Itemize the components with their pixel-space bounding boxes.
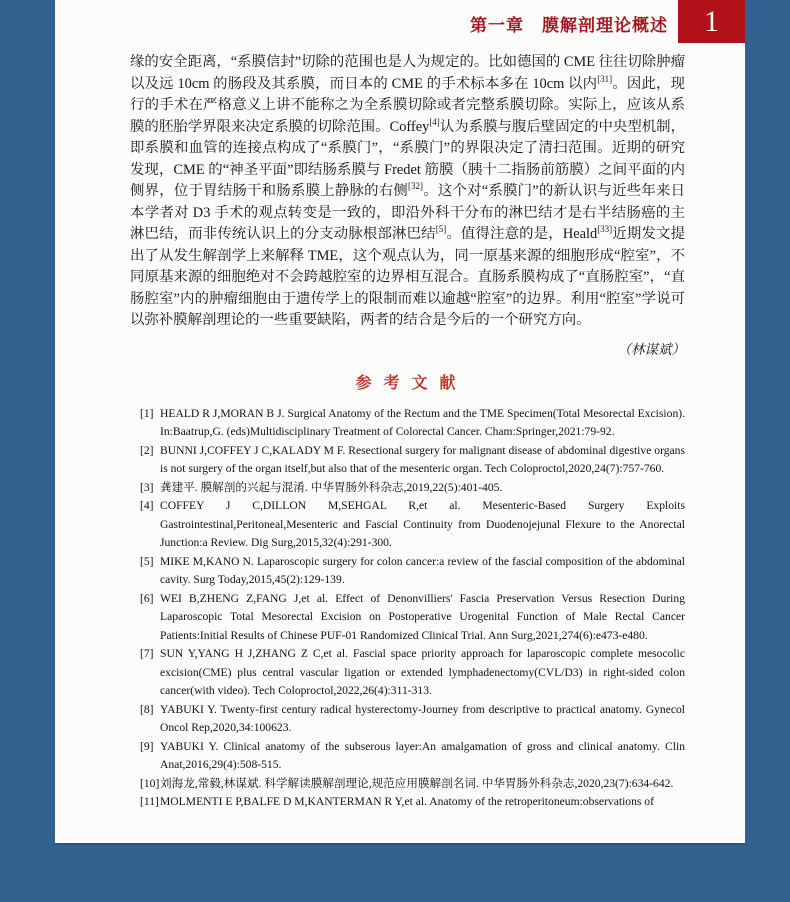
reference-text: BUNNI J,COFFEY J C,KALADY M F. Resection…	[160, 442, 685, 479]
reference-number: [7]	[140, 645, 160, 664]
page-content: 缘的安全距离，“系膜信封”切除的范围也是人为规定的。比如德国的 CME 往往切除…	[130, 52, 685, 812]
reference-item: [7]SUN Y,YANG H J,ZHANG Z C,et al. Fasci…	[140, 645, 685, 701]
reference-item: [10]刘海龙,常毅,林谋斌. 科学解读膜解剖理论,规范应用膜解剖名词. 中华胃…	[140, 775, 685, 794]
book-background: 第一章 膜解剖理论概述 1 缘的安全距离，“系膜信封”切除的范围也是人为规定的。…	[0, 0, 790, 902]
reference-number: [1]	[140, 405, 160, 424]
reference-text: YABUKI Y. Twenty-first century radical h…	[160, 701, 685, 738]
reference-number: [10]	[140, 775, 160, 794]
citation-superscript: [31]	[597, 74, 612, 84]
references-list: [1]HEALD R J,MORAN B J. Surgical Anatomy…	[140, 405, 685, 812]
citation-superscript: [4]	[429, 117, 440, 127]
reference-number: [11]	[140, 793, 160, 812]
citation-superscript: [5]	[436, 224, 447, 234]
reference-text: HEALD R J,MORAN B J. Surgical Anatomy of…	[160, 405, 685, 442]
citation-superscript: [33]	[597, 224, 612, 234]
reference-number: [9]	[140, 738, 160, 757]
reference-text: SUN Y,YANG H J,ZHANG Z C,et al. Fascial …	[160, 645, 685, 701]
reference-text: MIKE M,KANO N. Laparoscopic surgery for …	[160, 553, 685, 590]
reference-number: [4]	[140, 497, 160, 516]
reference-item: [3]龚建平. 膜解剖的兴起与混淆. 中华胃肠外科杂志,2019,22(5):4…	[140, 479, 685, 498]
reference-text: MOLMENTI E P,BALFE D M,KANTERMAN R Y,et …	[160, 793, 685, 812]
reference-number: [8]	[140, 701, 160, 720]
reference-number: [6]	[140, 590, 160, 609]
reference-number: [5]	[140, 553, 160, 572]
reference-text: YABUKI Y. Clinical anatomy of the subser…	[160, 738, 685, 775]
body-paragraph: 缘的安全距离，“系膜信封”切除的范围也是人为规定的。比如德国的 CME 往往切除…	[130, 52, 685, 332]
reference-number: [2]	[140, 442, 160, 461]
reference-number: [3]	[140, 479, 160, 498]
page-number: 1	[704, 7, 719, 37]
author-attribution: （林谋斌）	[130, 338, 685, 358]
reference-text: WEI B,ZHENG Z,FANG J,et al. Effect of De…	[160, 590, 685, 646]
book-page: 第一章 膜解剖理论概述 1 缘的安全距离，“系膜信封”切除的范围也是人为规定的。…	[55, 0, 745, 843]
citation-superscript: [32]	[408, 181, 423, 191]
reference-item: [4]COFFEY J C,DILLON M,SEHGAL R,et al. M…	[140, 497, 685, 553]
reference-item: [9]YABUKI Y. Clinical anatomy of the sub…	[140, 738, 685, 775]
reference-item: [8]YABUKI Y. Twenty-first century radica…	[140, 701, 685, 738]
reference-text: 龚建平. 膜解剖的兴起与混淆. 中华胃肠外科杂志,2019,22(5):401-…	[160, 479, 685, 498]
reference-item: [2]BUNNI J,COFFEY J C,KALADY M F. Resect…	[140, 442, 685, 479]
page-number-box: 1	[678, 0, 745, 43]
reference-item: [6]WEI B,ZHENG Z,FANG J,et al. Effect of…	[140, 590, 685, 646]
reference-text: COFFEY J C,DILLON M,SEHGAL R,et al. Mese…	[160, 497, 685, 553]
chapter-title: 第一章 膜解剖理论概述	[470, 11, 668, 36]
reference-item: [1]HEALD R J,MORAN B J. Surgical Anatomy…	[140, 405, 685, 442]
reference-text: 刘海龙,常毅,林谋斌. 科学解读膜解剖理论,规范应用膜解剖名词. 中华胃肠外科杂…	[160, 775, 685, 794]
reference-item: [11]MOLMENTI E P,BALFE D M,KANTERMAN R Y…	[140, 793, 685, 812]
reference-item: [5]MIKE M,KANO N. Laparoscopic surgery f…	[140, 553, 685, 590]
references-heading: 参 考 文 献	[130, 370, 685, 393]
